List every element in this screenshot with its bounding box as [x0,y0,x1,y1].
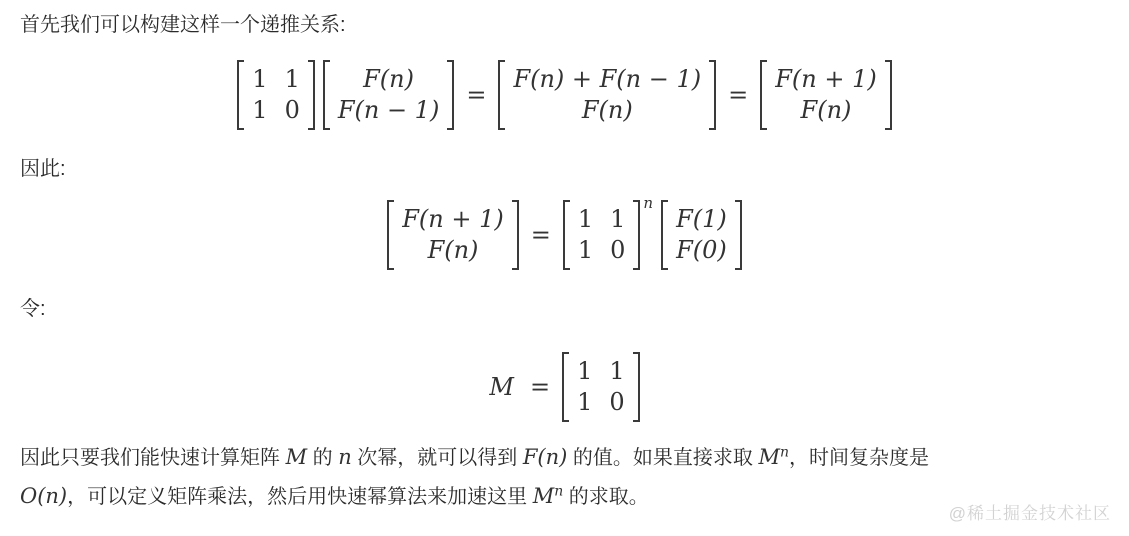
matrix-cell: 1 [577,387,592,418]
matrix-cell: F(n) [801,95,852,126]
right-bracket [885,60,892,130]
matrix-cell: F(n) + F(n − 1) [513,64,701,95]
matrix-cell: 0 [610,235,625,266]
matrix-coefficient: 1110 [237,60,315,130]
text-run: ，可以定义矩阵乘法，然后用快速幂算法来加速这里 [67,486,533,508]
equals-sign: = [466,81,486,109]
matrix-m: 1110 [562,352,640,422]
vector-sum: F(n) + F(n − 1)F(n) [498,60,716,130]
matrix-cell: 1 [578,235,593,266]
matrix-cell: F(1) [676,204,727,235]
inline-math-exponent: n [554,483,563,499]
text-run: 的求取。 [563,486,649,508]
paragraph-therefore: 因此: [20,156,1109,182]
text-run: 次幂，就可以得到 [352,447,523,469]
left-bracket [237,60,244,130]
right-bracket [709,60,716,130]
equals-sign: = [531,221,551,249]
paragraph-let: 令: [20,296,1109,322]
matrix-cell: F(0) [676,235,727,266]
exponent-n: n [643,196,653,211]
matrix-base: 1110 [563,200,641,270]
matrix-cell: 1 [252,95,267,126]
left-bracket [661,200,668,270]
inline-math-M-power-n: M [533,484,555,508]
inline-math-M: M [286,445,308,469]
right-bracket [308,60,315,130]
left-bracket [498,60,505,130]
equation-power-form: F(n + 1)F(n) = 1110 n F(1)F(0) [20,200,1109,270]
inline-math-exponent: n [780,444,789,460]
left-bracket [563,200,570,270]
inline-math-n: n [338,445,352,469]
paragraph-conclusion: 因此只要我们能快速计算矩阵 M 的 n 次幂，就可以得到 F(n) 的值。如果直… [20,438,1109,516]
right-bracket [447,60,454,130]
symbol-m: M [489,373,514,401]
inline-math-Fn: F(n) [523,445,567,469]
document-page: 首先我们可以构建这样一个递推关系: 1110 F(n)F(n − 1) = F(… [0,0,1129,536]
matrix-cell: F(n) [428,235,479,266]
inline-math-M-power-n: M [758,445,780,469]
equals-sign: = [728,81,748,109]
left-bracket [323,60,330,130]
matrix-cell: 1 [252,64,267,95]
right-bracket [633,352,640,422]
matrix-cell: F(n + 1) [775,64,876,95]
juejin-watermark: @稀土掘金技术社区 [949,499,1111,524]
vector-state: F(n)F(n − 1) [323,60,454,130]
matrix-cell: 1 [578,204,593,235]
right-bracket [512,200,519,270]
matrix-cell: 0 [609,387,624,418]
matrix-cell: 1 [285,64,300,95]
text-run: 的 [307,447,338,469]
left-bracket [760,60,767,130]
vector-initial: F(1)F(0) [661,200,742,270]
matrix-cell: F(n − 1) [338,95,439,126]
equals-sign: = [530,373,550,401]
paragraph-intro: 首先我们可以构建这样一个递推关系: [20,12,1109,38]
vector-next-state: F(n + 1)F(n) [760,60,891,130]
text-run: ，时间复杂度是 [789,447,929,469]
matrix-cell: F(n) [363,64,414,95]
left-bracket [387,200,394,270]
right-bracket [633,200,640,270]
matrix-cell: 1 [577,356,592,387]
text-run: 因此只要我们能快速计算矩阵 [20,447,286,469]
right-bracket [735,200,742,270]
matrix-cell: 1 [610,204,625,235]
matrix-cell: F(n) [582,95,633,126]
equation-m-definition: M = 1110 [20,352,1109,422]
text-run: 的值。如果直接求取 [567,447,758,469]
left-bracket [562,352,569,422]
matrix-cell: F(n + 1) [402,204,503,235]
vector-next-state: F(n + 1)F(n) [387,200,518,270]
inline-math-On: O(n) [20,484,67,508]
matrix-cell: 0 [285,95,300,126]
matrix-cell: 1 [609,356,624,387]
equation-recurrence: 1110 F(n)F(n − 1) = F(n) + F(n − 1)F(n) … [20,60,1109,130]
